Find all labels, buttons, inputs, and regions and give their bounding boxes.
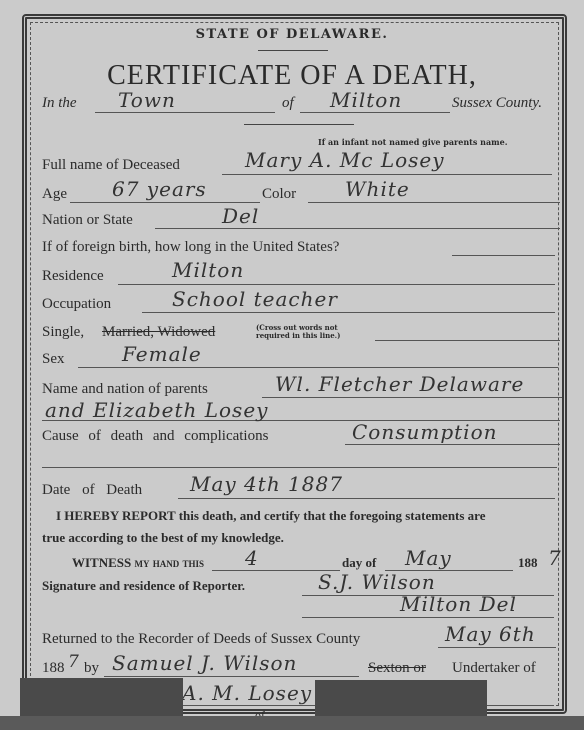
certification-line-2: true according to the best of my knowled… <box>42 530 284 546</box>
residence-label: Residence <box>42 268 104 285</box>
sex-value: Female <box>122 342 202 366</box>
date-of-death-value: May 4th 1887 <box>190 472 343 496</box>
occupation-line <box>142 312 555 313</box>
redaction-box-left <box>20 678 183 720</box>
witness-label: WITNESS my hand this <box>72 555 204 571</box>
deceased-value: A. M. Losey <box>182 681 312 705</box>
reporter-residence-line <box>302 617 554 618</box>
residence-line <box>118 284 555 285</box>
parents-label: Name and nation of parents <box>42 381 208 398</box>
parents-value-line-2: and Elizabeth Losey <box>45 398 268 422</box>
day-of-label: day of <box>342 555 376 571</box>
witness-month-value: May <box>405 546 452 570</box>
full-name-label: Full name of Deceased <box>42 157 180 174</box>
age-label: Age <box>42 186 67 203</box>
cause-label: Cause of death and complications <box>42 428 268 445</box>
sex-line <box>78 367 558 368</box>
occupation-label: Occupation <box>42 296 111 313</box>
bottom-shadow <box>0 716 584 730</box>
age-value: 67 years <box>112 177 207 201</box>
cause-line <box>345 444 560 445</box>
divider <box>258 50 328 51</box>
by-value: Samuel J. Wilson <box>112 651 297 675</box>
signature-label: Signature and residence of Reporter. <box>42 578 245 594</box>
infant-note: If an infant not named give parents name… <box>318 137 507 147</box>
parents-value-line-1: Wl. Fletcher Delaware <box>275 372 524 396</box>
by-line <box>104 676 359 677</box>
cause-line-2 <box>42 467 557 468</box>
sex-label: Sex <box>42 351 65 368</box>
county-label: Sussex County. <box>452 95 542 112</box>
occupation-value: School teacher <box>172 287 338 311</box>
returned-year-suffix: 7 <box>68 652 80 672</box>
residence-value: Milton <box>172 258 244 282</box>
certificate-title: CERTIFICATE OF A DEATH, <box>0 60 584 92</box>
foreign-birth-line <box>452 255 555 256</box>
state-heading: STATE OF DELAWARE. <box>0 27 584 42</box>
town-value: Town <box>118 88 176 112</box>
returned-date-line <box>438 647 556 648</box>
returned-date-value: May 6th <box>445 622 536 646</box>
color-label: Color <box>262 186 296 203</box>
single-option: Single, <box>42 324 84 341</box>
nation-value: Del <box>222 204 259 228</box>
marital-line <box>375 340 560 341</box>
town-line <box>95 112 275 113</box>
cause-value: Consumption <box>352 420 498 444</box>
returned-label: Returned to the Recorder of Deeds of Sus… <box>42 631 360 648</box>
married-widowed-struck: Married, Widowed <box>102 324 215 341</box>
reporter-residence-value: Milton Del <box>400 592 517 616</box>
divider <box>244 124 354 125</box>
color-value: White <box>345 177 410 201</box>
full-name-value: Mary A. Mc Losey <box>245 148 445 172</box>
witness-day-value: 4 <box>245 546 259 570</box>
of-label: of <box>282 95 294 112</box>
undertaker-label: Undertaker of <box>452 660 536 677</box>
signature-value: S.J. Wilson <box>318 570 436 594</box>
returned-year-prefix: 188 <box>42 660 65 677</box>
place-line <box>300 112 450 113</box>
by-label: by <box>84 660 99 677</box>
date-of-death-line <box>178 498 555 499</box>
nation-label: Nation or State <box>42 212 133 229</box>
in-the-label: In the <box>42 95 77 112</box>
note-line-2: required in this line.) <box>256 332 340 340</box>
place-value: Milton <box>330 88 402 112</box>
foreign-birth-label: If of foreign birth, how long in the Uni… <box>42 239 339 256</box>
sexton-struck: Sexton or <box>368 660 426 677</box>
date-of-death-label: Date of Death <box>42 482 142 499</box>
color-line <box>308 202 560 203</box>
age-line <box>70 202 260 203</box>
redaction-box-right <box>315 680 487 718</box>
cross-out-note: (Cross out words not required in this li… <box>256 324 340 340</box>
parents-line-1 <box>262 397 562 398</box>
year-prefix: 188 <box>518 555 538 571</box>
full-name-line <box>222 174 552 175</box>
certification-line-1: I HEREBY REPORT this death, and certify … <box>56 508 486 524</box>
nation-line <box>155 228 560 229</box>
year-suffix: 7 <box>548 546 562 570</box>
